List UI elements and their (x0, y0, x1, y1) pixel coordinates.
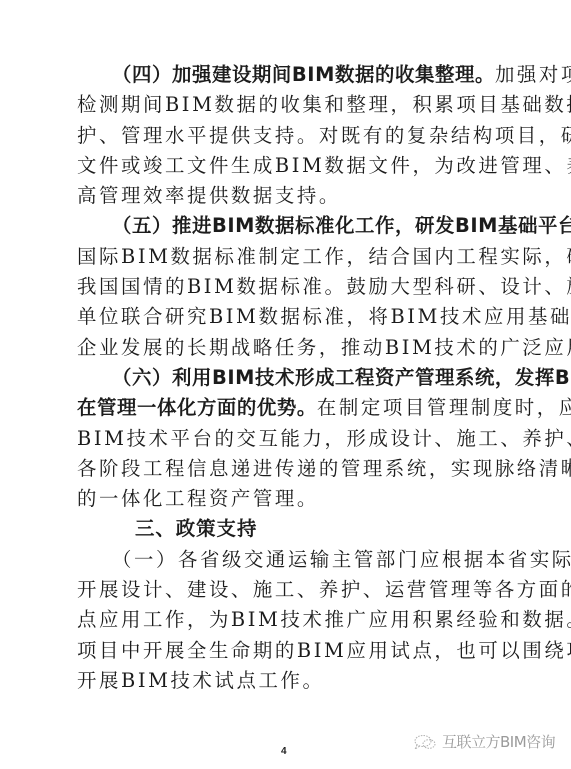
paragraph-6-line-2: 在管理一体化方面的优势。在制定项目管理制度时，应充分利用 (77, 393, 507, 423)
paragraph-5-line-2: 国际BIM数据标准制定工作，结合国内工程实际，研究确定符合 (77, 242, 507, 272)
watermark-label: 互联立方BIM咨询 (442, 731, 555, 752)
page-number: 4 (281, 746, 287, 757)
paragraph-6-line-5: 的一体化工程资产管理。 (77, 484, 507, 514)
paragraph-5-line-4: 单位联合研究BIM数据标准，将BIM技术应用基础平台开发作为 (77, 302, 507, 332)
paragraph-6-title: （六）利用BIM技术形成工程资产管理系统，发挥BIM技术 (112, 366, 571, 389)
paragraph-5-title: （五）推进BIM数据标准化工作，研发BIM基础平台。 (112, 214, 571, 237)
policy-paragraph-line-1: （一）各省级交通运输主管部门应根据本省实际情况，组织 (77, 545, 507, 575)
paragraph-6-line-4: 各阶段工程信息递进传递的管理系统，实现脉络清晰、运行高效 (77, 454, 507, 484)
paragraph-4-text: 加强对项目建设、 (495, 63, 571, 86)
paragraph-6-title-cont: 在管理一体化方面的优势。 (77, 396, 317, 419)
paragraph-4-line-5: 高管理效率提供数据支持。 (77, 181, 507, 211)
paragraph-6-text: 在制定项目管理制度时，应充分利用 (317, 396, 571, 419)
section-heading: 三、政策支持 (77, 514, 507, 544)
paragraph-4-line-3: 护、管理水平提供支持。对既有的复杂结构项目，研究利用设计 (77, 121, 507, 151)
paragraph-6-line-3: BIM技术平台的交互能力，形成设计、施工、养护、运营管理等 (77, 424, 507, 454)
watermark: 互联立方BIM咨询 (412, 731, 555, 752)
paragraph-5-line-5: 企业发展的长期战略任务，推动BIM技术的广泛应用。 (77, 333, 507, 363)
paragraph-5-line-1: （五）推进BIM数据标准化工作，研发BIM基础平台。跟踪 (77, 211, 507, 241)
paragraph-4-title: （四）加强建设期间BIM数据的收集整理。 (112, 63, 495, 86)
policy-paragraph-line-2: 开展设计、建设、施工、养护、运营管理等各方面的BIM技术试 (77, 575, 507, 605)
paragraph-4-line-4: 文件或竣工文件生成BIM数据文件，为改进管理、养护方式，提 (77, 151, 507, 181)
paragraph-4-line-1: （四）加强建设期间BIM数据的收集整理。加强对项目建设、 (77, 60, 507, 90)
paragraph-4-line-2: 检测期间BIM数据的收集和整理，积累项目基础数据，为提高养 (77, 90, 507, 120)
policy-paragraph-line-5: 开展BIM技术试点工作。 (77, 666, 507, 696)
paragraph-6-line-1: （六）利用BIM技术形成工程资产管理系统，发挥BIM技术 (77, 363, 507, 393)
paragraph-5-line-3: 我国国情的BIM数据标准。鼓励大型科研、设计、施工、养护等 (77, 272, 507, 302)
wechat-icon (412, 734, 438, 750)
document-page: （四）加强建设期间BIM数据的收集整理。加强对项目建设、 检测期间BIM数据的收… (77, 60, 507, 696)
policy-paragraph-line-4: 项目中开展全生命期的BIM应用试点，也可以围绕项目各专项程 (77, 636, 507, 666)
policy-paragraph-line-3: 点应用工作，为BIM技术推广应用积累经验和数据。可以在一个 (77, 605, 507, 635)
